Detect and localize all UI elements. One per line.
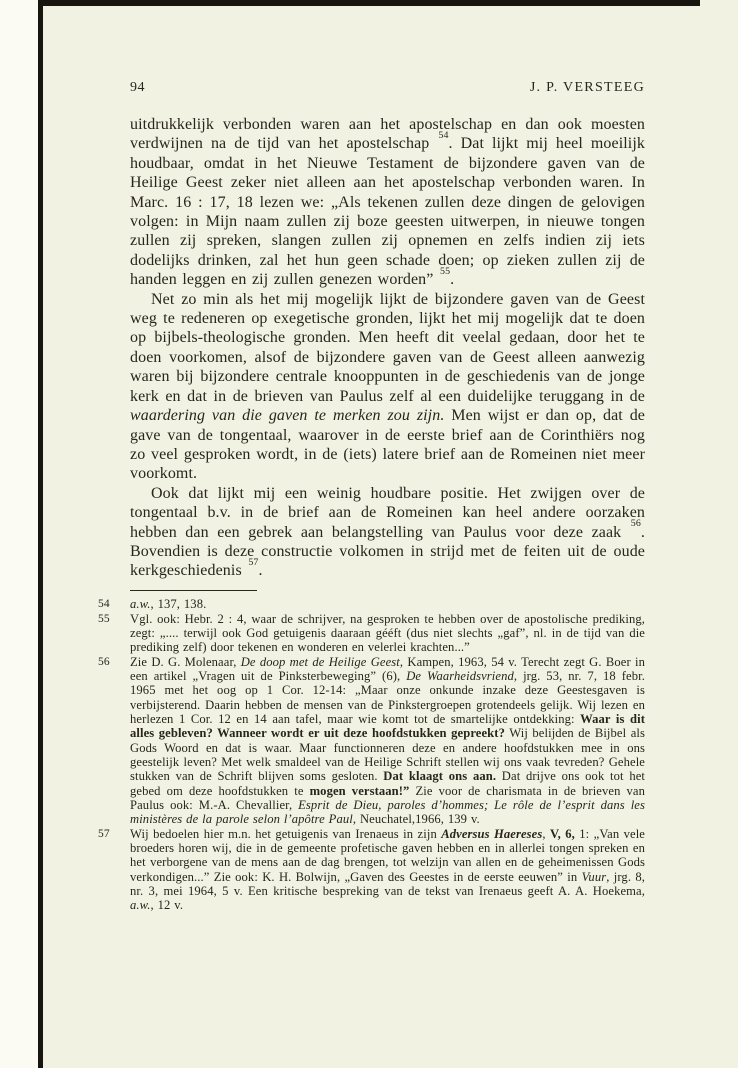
scan-binding-edge-top: [38, 0, 700, 6]
footnote-ref: 54: [437, 130, 448, 141]
text-segment: Net zo min als het mij mogelijk lijkt de…: [130, 291, 645, 405]
text-segment: ,: [542, 827, 550, 841]
main-text: uitdrukkelijk verbonden waren aan het ap…: [130, 115, 645, 581]
text-segment: a.w.: [130, 898, 150, 912]
text-segment: Zie D. G. Molenaar,: [130, 655, 241, 669]
text-segment: , 137, 138.: [150, 597, 206, 611]
text-segment: a.w.: [130, 597, 150, 611]
text-segment: Vgl. ook: Hebr. 2 : 4, waar de schrijver…: [130, 612, 645, 655]
footnote-number: 54: [98, 597, 130, 612]
page-number: 94: [130, 80, 145, 96]
text-segment: , 12 v.: [150, 898, 183, 912]
text-segment: , Neuchatel,1966, 139 v.: [353, 812, 480, 826]
text-segment: Ook dat lijkt mij een weinig houdbare po…: [130, 485, 645, 541]
footnote-ref: 56: [630, 518, 641, 529]
text-segment: De Waarheidsvriend: [406, 669, 514, 683]
footnote-text: Vgl. ook: Hebr. 2 : 4, waar de schrijver…: [130, 612, 645, 655]
footnote: 56Zie D. G. Molenaar, De doop met de Hei…: [98, 655, 645, 827]
paragraph: uitdrukkelijk verbonden waren aan het ap…: [130, 115, 645, 290]
footnote-number: 56: [98, 655, 130, 827]
text-segment: Vuur: [582, 870, 607, 884]
footnotes-section: 54a.w., 137, 138.55Vgl. ook: Hebr. 2 : 4…: [130, 597, 645, 913]
footnote: 57Wij bedoelen hier m.n. het getuigenis …: [98, 827, 645, 913]
running-head-author: J. P. VERSTEEG: [530, 80, 645, 96]
page-content: 94 J. P. VERSTEEG uitdrukkelijk verbonde…: [130, 80, 645, 913]
text-segment: .: [258, 562, 262, 579]
text-segment: waardering van die gaven te merken zou z…: [130, 407, 444, 424]
footnote-ref: 55: [439, 266, 450, 277]
footnote: 55Vgl. ook: Hebr. 2 : 4, waar de schrijv…: [98, 612, 645, 655]
text-segment: De doop met de Heilige Geest: [241, 655, 400, 669]
paragraph: Net zo min als het mij mogelijk lijkt de…: [130, 290, 645, 484]
text-segment: V, 6,: [550, 827, 575, 841]
footnote-text: Zie D. G. Molenaar, De doop met de Heili…: [130, 655, 645, 827]
text-segment: mogen verstaan!”: [310, 784, 410, 798]
footnote-number: 55: [98, 612, 130, 655]
footnote: 54a.w., 137, 138.: [98, 597, 645, 612]
text-segment: Adversus Haereses: [441, 827, 542, 841]
paragraph: Ook dat lijkt mij een weinig houdbare po…: [130, 484, 645, 581]
text-segment: .: [450, 271, 454, 288]
scan-binding-edge-vertical: [38, 0, 43, 1068]
footnote-ref: 57: [247, 557, 258, 568]
footnote-number: 57: [98, 827, 130, 913]
text-segment: Wij bedoelen hier m.n. het getuigenis va…: [130, 827, 441, 841]
footnote-separator-rule: [130, 590, 257, 591]
text-segment: . Dat lijkt mij heel moeilijk houdbaar, …: [130, 135, 645, 288]
text-segment: Dat klaagt ons aan.: [383, 769, 496, 783]
running-header: 94 J. P. VERSTEEG: [130, 80, 645, 96]
footnote-text: Wij bedoelen hier m.n. het getuigenis va…: [130, 827, 645, 913]
footnote-text: a.w., 137, 138.: [130, 597, 645, 612]
